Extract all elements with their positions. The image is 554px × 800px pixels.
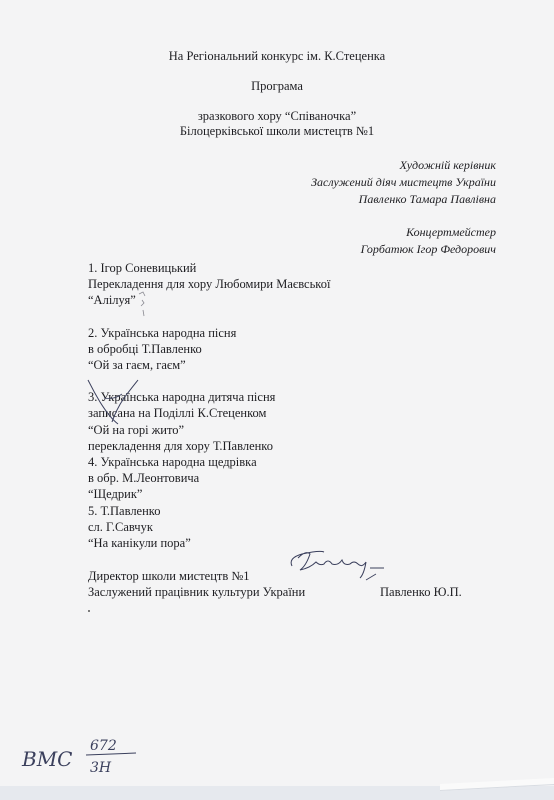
accompanist-role: Концертмейстер	[311, 224, 496, 241]
director-name: Павленко Ю.П.	[380, 584, 462, 600]
pen-cross-mark	[86, 378, 156, 428]
note-prefix: ВМС	[21, 747, 72, 771]
program-item-line: Перекладення для хору Любомири Маєвської	[88, 276, 330, 292]
program-item-line: сл. Г.Савчук	[88, 519, 330, 535]
program-item-line: 5. Т.Павленко	[88, 503, 330, 519]
artistic-director-role: Художній керівник	[311, 157, 496, 174]
program-item-line: “Щедрик”	[88, 486, 330, 502]
staff-block: Художній керівник Заслужений діяч мистец…	[311, 157, 496, 258]
program-item-line: в обробці Т.Павленко	[88, 341, 330, 357]
director-block: Директор школи мистецтв №1 Заслужений пр…	[88, 568, 305, 600]
program-item-2: 2. Українська народна пісня в обробці Т.…	[88, 325, 330, 374]
note-numerator: 672	[90, 738, 117, 754]
artistic-director-title: Заслужений діяч мистецтв України	[311, 174, 496, 191]
program-item-1: 1. Ігор Соневицький Перекладення для хор…	[88, 260, 330, 309]
handwritten-reference-note: ВМС 672 3Н	[20, 730, 150, 780]
document-title: Програма	[0, 78, 554, 94]
note-denominator: 3Н	[90, 760, 112, 776]
program-item-4: 4. Українська народна щедрівка в обр. М.…	[88, 454, 330, 503]
director-honor: Заслужений працівник культури України	[88, 584, 305, 600]
pen-scribble-mark	[135, 290, 155, 320]
school-name: Білоцерківської школи мистецтв №1	[0, 123, 554, 139]
program-item-line: 2. Українська народна пісня	[88, 325, 330, 341]
signature-mark	[280, 544, 410, 584]
competition-line: На Регіональний конкурс ім. К.Стеценка	[0, 48, 554, 64]
program-item-line: 1. Ігор Соневицький	[88, 260, 330, 276]
artistic-director-name: Павленко Тамара Павлівна	[311, 191, 496, 208]
accompanist-name: Горбатюк Ігор Федорович	[311, 241, 496, 258]
program-item-line: перекладення для хору Т.Павленко	[88, 438, 330, 454]
choir-name: зразкового хору “Співаночка”	[0, 108, 554, 124]
program-item-line: 4. Українська народна щедрівка	[88, 454, 330, 470]
stray-dot	[88, 610, 90, 612]
program-item-line: “Алілуя”	[88, 292, 330, 308]
program-item-line: “Ой за гаєм, гаєм”	[88, 357, 330, 373]
program-item-line: в обр. М.Леонтовича	[88, 470, 330, 486]
director-position: Директор школи мистецтв №1	[88, 568, 305, 584]
